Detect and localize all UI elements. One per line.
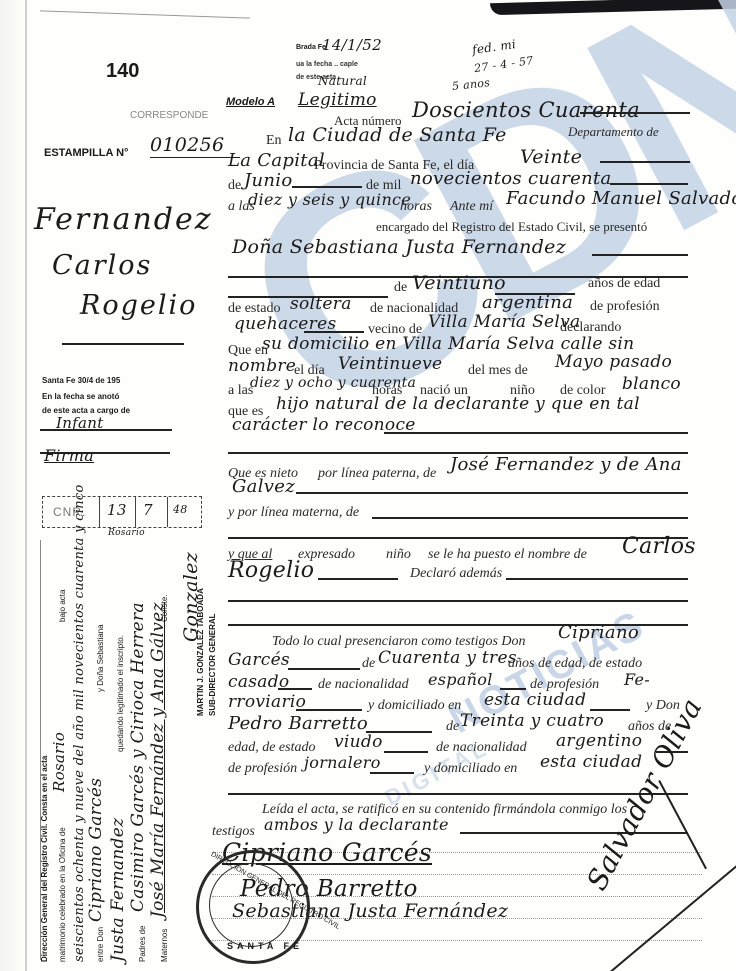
rotated-line-6-value: Casimiro Garcés y Cirioca Herrera [128, 602, 148, 912]
rule [600, 161, 690, 163]
rule [384, 432, 688, 434]
testigo1-nac-label: de nacionalidad [318, 677, 409, 693]
de-label: de [228, 178, 241, 194]
testigo2-nac: argentino [556, 731, 642, 751]
rule [610, 183, 688, 185]
ciudad-value: la Ciudad de Santa Fe [288, 124, 507, 146]
margin-note-line-1: Santa Fe 30/4 de 195 [42, 376, 120, 385]
rule [580, 112, 690, 114]
hora-value: diez y seis y quince [248, 190, 411, 209]
acta-numero-value: Doscientos Cuarenta [412, 98, 640, 122]
testigo2-prof: jornalero [304, 753, 381, 772]
rule [288, 668, 360, 670]
testigo1-prof-1: Fe- [624, 670, 650, 689]
testigo1-de: de [362, 656, 375, 672]
nombre-calle-value: nombre [228, 356, 296, 376]
testigo1-nac: español [428, 670, 493, 689]
edad-value: Veintiuno [412, 272, 506, 294]
rotated-line-1: Dirección General del Registro Civil. Co… [40, 756, 49, 962]
oficial-value-1: Facundo Manuel Salvador Oliva [506, 188, 736, 209]
scanned-document: CDN NOTICIAS DIGITAL 140 Brada Fe 14/1/5… [0, 0, 736, 971]
anio-value: novecientos cuarenta [410, 168, 612, 189]
rotated-line-5-tail: quedando legitimado el inscripto. [116, 635, 125, 752]
rule [292, 186, 362, 188]
nombre-puesto-cont: Rogelio [228, 558, 314, 583]
rule [506, 578, 688, 580]
cnr-sub: Rosario [108, 528, 145, 538]
mes-label: del mes de [468, 363, 528, 379]
rule [278, 688, 312, 690]
materna-label: y por línea materna, de [228, 505, 359, 521]
rule [460, 832, 688, 834]
rotated-line-2-label: matrimonio celebrado en la Oficina de [58, 827, 67, 962]
margin-first-name: Carlos [52, 250, 152, 281]
declaro-label: Declaró además [410, 566, 502, 582]
testigo2-edad-label: edad, de estado [228, 740, 315, 756]
nacimiento-dia-value: Veintinueve [338, 354, 442, 374]
rule [384, 751, 428, 753]
corresponde-label: CORRESPONDE [130, 110, 208, 121]
dia-value: Veinte [520, 146, 582, 168]
rule [592, 254, 688, 256]
page-number: 140 [106, 60, 139, 83]
testigo1-dom: esta ciudad [484, 690, 586, 710]
departamento-label: Departamento de [568, 124, 659, 140]
mes-value: Junio [244, 170, 293, 191]
testigo1-edad: Cuarenta y tres [378, 648, 517, 668]
rule [372, 517, 688, 519]
top-pencil-mark [40, 10, 250, 18]
testigo2-prof-label: de profesión [228, 761, 297, 777]
rotated-line-5: Justa Fernandez [108, 818, 128, 962]
rotated-line-2-tail: bajo acta [58, 590, 67, 622]
testigo1-apellido: Garcés [228, 650, 290, 670]
rotated-line-7-tail: Conste. [160, 594, 169, 622]
departamento-value: La Capital [228, 150, 325, 171]
testigo1-prof-2: rroviario [228, 692, 306, 712]
rule [228, 600, 688, 602]
testigo2-dom-label: y domiciliado en [424, 761, 517, 777]
rotated-line-4-label: entre Don [96, 927, 105, 962]
header-stamp-date: 14/1/52 [322, 36, 382, 54]
anos-edad-label: años de edad [588, 276, 660, 292]
estampilla-number: 010256 [150, 134, 224, 156]
testigo2-estado: viudo [334, 732, 383, 752]
estampilla-label: ESTAMPILLA N° [44, 147, 128, 159]
subdirector-name: MARTIN J. GONZALEZ TABOADA [196, 588, 205, 716]
hijo-value: hijo natural de la declarante y que en t… [276, 394, 640, 414]
margin-surname: Fernandez [34, 202, 213, 237]
modelo-value: Legitimo [298, 90, 377, 110]
expresado-label-3: niño [386, 547, 411, 563]
modelo-note: Natural [318, 74, 367, 88]
rule [228, 793, 688, 795]
testigo1-anos-label: años de edad, de estado [508, 656, 642, 672]
testigo1-dom-label: y domiciliado en [368, 698, 461, 714]
testigo2-nac-label: de nacionalidad [436, 740, 527, 756]
header-stamp-line2: ua la fecha .. caple [296, 61, 358, 68]
rule [318, 578, 398, 580]
rule [228, 537, 688, 539]
subdirector-title: SUB-DIRECTOR GENERAL [208, 613, 217, 716]
modelo-label: Modelo A [226, 96, 275, 108]
rotated-line-2-value: Rosario [50, 732, 68, 792]
rotated-line-7-label: Maternos [160, 929, 169, 962]
rule [296, 709, 362, 711]
compareciente-value: Doña Sebastiana Justa Fernandez [232, 236, 566, 258]
rotated-line-4-tail: y Doña Sebastiana [96, 624, 105, 692]
nombre-puesto-label: se le ha puesto el nombre de [428, 547, 587, 563]
margin-note-signature: Firma [44, 446, 94, 465]
rotated-line-6-label: Padres de [138, 926, 147, 962]
testigo2-edad: Treinta y cuatro [460, 711, 604, 731]
en-label: En [266, 133, 282, 149]
paterna-value: José Fernandez y de Ana [450, 454, 682, 475]
rotated-line-3: seiscientos ochenta y nueve del año mil … [72, 484, 87, 962]
encargado-label: encargado del Registro del Estado Civil,… [376, 219, 647, 235]
page-edge [25, 0, 27, 971]
nacionalidad-value: argentina [482, 292, 573, 313]
testigo2-dom: esta ciudad [540, 752, 642, 772]
margin-rule [62, 343, 184, 345]
testigo2-nombre: Pedro Barretto [228, 713, 368, 734]
testigo1-nombre: Cipriano [558, 622, 639, 643]
cnr-day: 13 [107, 501, 127, 519]
margin-note-line-2: En la fecha se anotó [42, 392, 119, 401]
nacimiento-mes-value: Mayo pasado [555, 352, 672, 372]
seal-bottom-text: SANTA FE [227, 941, 303, 951]
testigos-value: ambos y la declarante [264, 815, 449, 834]
horas-label: horas [400, 199, 432, 215]
estampilla-rule [150, 157, 240, 158]
edad-de-label: de [394, 280, 407, 296]
registry-seal: DIRECCION GENERAL DEL REGISTRO CIVIL SAN… [196, 850, 310, 964]
margin-rule [40, 429, 172, 431]
testigo2-de: de [446, 719, 459, 735]
subdirector-stamp: MARTIN J. GONZALEZ TABOADA SUB-DIRECTOR … [196, 546, 226, 716]
margin-divider [40, 540, 41, 960]
estado-value: soltera [290, 294, 352, 314]
rule [370, 772, 414, 774]
margin-legitimation-note: Dirección General del Registro Civil. Co… [40, 542, 190, 962]
margin-middle-name: Rogelio [80, 290, 197, 321]
nombre-puesto-value: Carlos [622, 534, 696, 559]
paterna-label: por línea paterna, de [318, 466, 436, 482]
vecino-value: Villa María Selva [428, 312, 580, 332]
rule [296, 492, 688, 494]
cnr-year: 48 [173, 503, 188, 516]
domicilio-value: su domicilio en Villa María Selva calle … [262, 334, 634, 354]
paterna-cont: Galvez [232, 476, 295, 497]
rule [304, 331, 364, 333]
color-value: blanco [622, 374, 681, 394]
ante-mi-label: Ante mí [450, 199, 493, 215]
rotated-line-4-value: Cipriano Garcés [86, 778, 106, 922]
profesion-label: de profesión [590, 299, 660, 315]
rotated-line-7-value: José María Fernández y Ana Gálvez [148, 602, 168, 918]
page-shadow [0, 0, 26, 971]
cnr-stamp: CNR. 13 7 48 [42, 496, 202, 528]
cnr-month: 7 [143, 501, 153, 519]
